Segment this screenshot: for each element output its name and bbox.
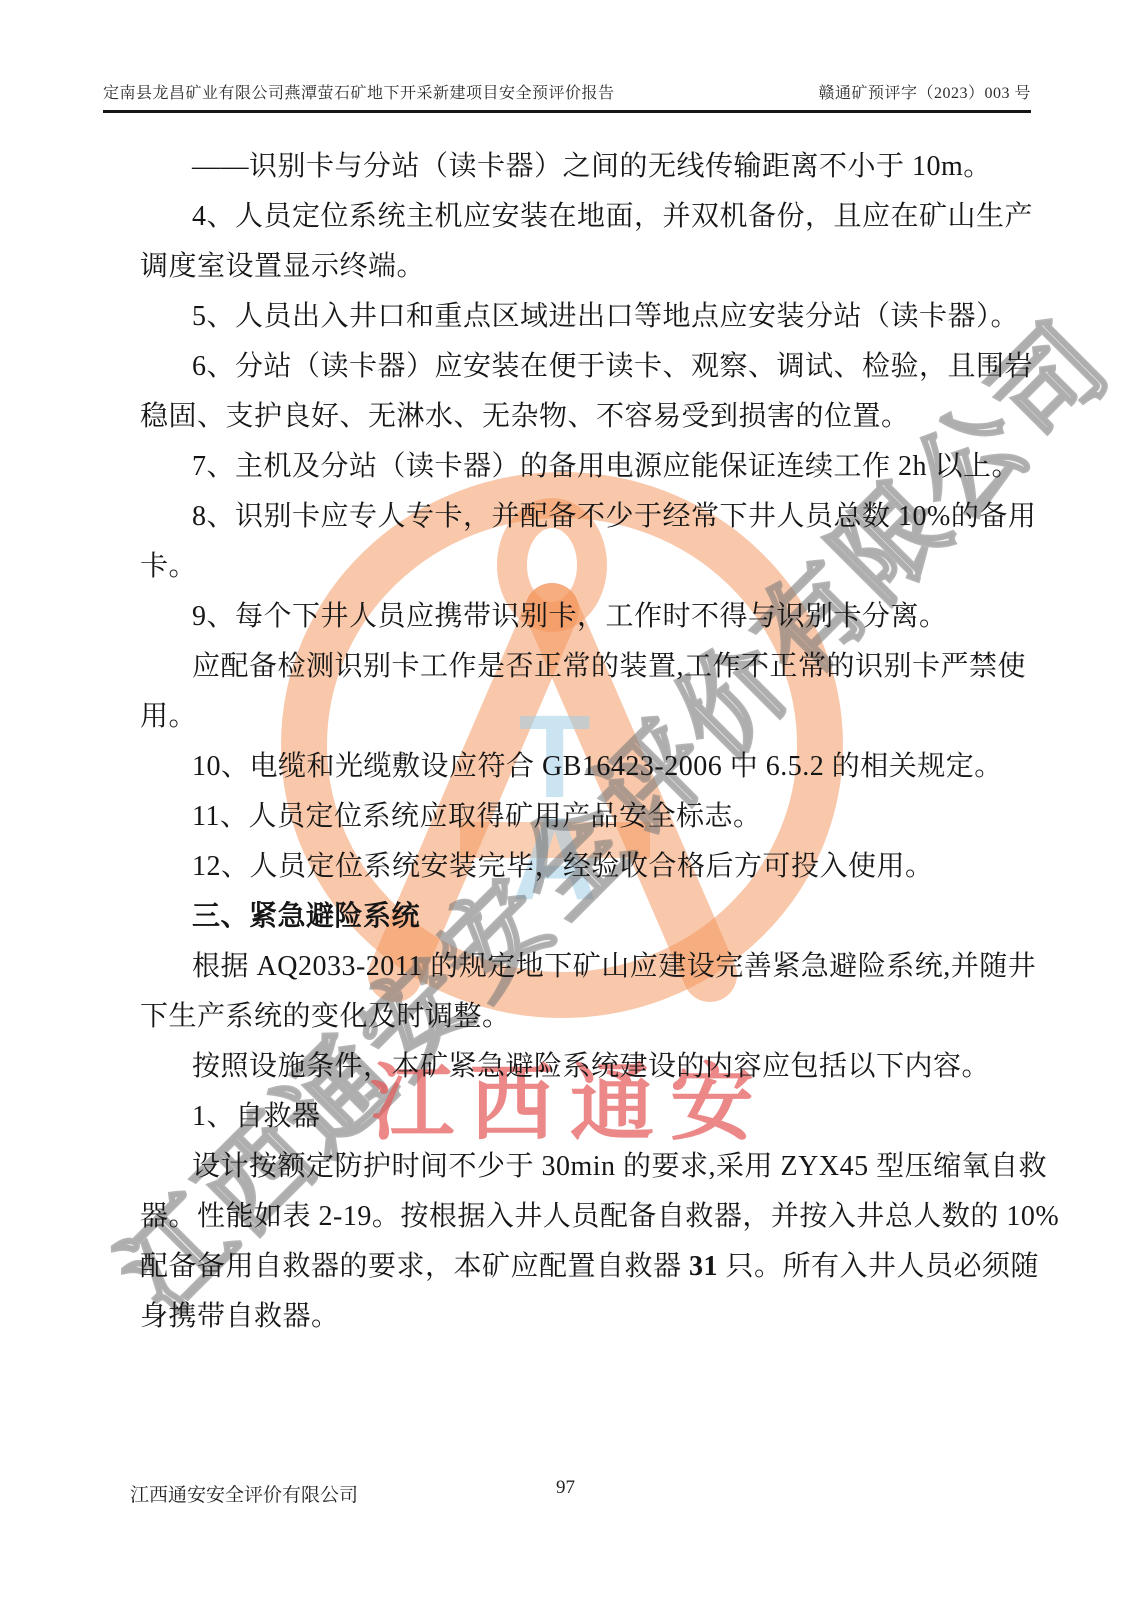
body-line: 4、人员定位系统主机应安装在地面，并双机备份，且应在矿山生产 — [140, 192, 1020, 242]
body-line: 稳固、支护良好、无淋水、无杂物、不容易受到损害的位置。 — [140, 392, 1020, 442]
body-line: 6、分站（读卡器）应安装在便于读卡、观察、调试、检验，且围岩 — [140, 342, 1020, 392]
body-line: 卡。 — [140, 542, 1020, 592]
body-line-bold-number: 31 — [689, 1251, 718, 1282]
body-line: 7、主机及分站（读卡器）的备用电源应能保证连续工作 2h 以上。 — [140, 442, 1020, 492]
header-doc-title: 定南县龙昌矿业有限公司燕潭萤石矿地下开采新建项目安全预评价报告 — [103, 80, 615, 103]
body-line: ——识别卡与分站（读卡器）之间的无线传输距离不小于 10m。 — [140, 142, 1020, 192]
header-doc-number: 赣通矿预评字（2023）003 号 — [818, 80, 1031, 103]
body-line: 身携带自救器。 — [140, 1292, 1020, 1342]
body-line-segment: 配备备用自救器的要求，本矿应配置自救器 — [140, 1251, 689, 1282]
body-line: 11、人员定位系统应取得矿用产品安全标志。 — [140, 792, 1020, 842]
footer-company-name: 江西通安安全评价有限公司 — [130, 1480, 358, 1507]
page-header: 定南县龙昌矿业有限公司燕潭萤石矿地下开采新建项目安全预评价报告 赣通矿预评字（2… — [103, 80, 1031, 113]
body-line: 配备备用自救器的要求，本矿应配置自救器 31 只。所有入井人员必须随 — [140, 1242, 1020, 1292]
body-line: 器。性能如表 2-19。按根据入井人员配备自救器，并按入井总人数的 10% — [140, 1192, 1020, 1242]
body-line: 按照设施条件，本矿紧急避险系统建设的内容应包括以下内容。 — [140, 1042, 1020, 1092]
list-item-heading: 1、自救器 — [140, 1092, 1020, 1142]
body-line: 调度室设置显示终端。 — [140, 242, 1020, 292]
body-line: 应配备检测识别卡工作是否正常的装置,工作不正常的识别卡严禁使 — [140, 642, 1020, 692]
body-line: 8、识别卡应专人专卡，并配备不少于经常下井人员总数 10%的备用 — [140, 492, 1020, 542]
body-line: 12、人员定位系统安装完毕，经验收合格后方可投入使用。 — [140, 842, 1020, 892]
body-line: 用。 — [140, 692, 1020, 742]
document-page: T A 江西通安安全评价有限公司 江西通安 定南县龙昌矿业有限公司燕潭萤石矿地下… — [0, 0, 1131, 1600]
body-line: 设计按额定防护时间不少于 30min 的要求,采用 ZYX45 型压缩氧自救 — [140, 1142, 1020, 1192]
body-line: 下生产系统的变化及时调整。 — [140, 992, 1020, 1042]
body-line: 9、每个下井人员应携带识别卡，工作时不得与识别卡分离。 — [140, 592, 1020, 642]
section-heading: 三、紧急避险系统 — [140, 892, 1020, 942]
body-line-segment: 只。所有入井人员必须随 — [718, 1251, 1039, 1282]
document-body: ——识别卡与分站（读卡器）之间的无线传输距离不小于 10m。 4、人员定位系统主… — [140, 142, 1020, 1342]
body-line: 根据 AQ2033-2011 的规定地下矿山应建设完善紧急避险系统,并随井 — [140, 942, 1020, 992]
body-line: 10、电缆和光缆敷设应符合 GB16423-2006 中 6.5.2 的相关规定… — [140, 742, 1020, 792]
body-line: 5、人员出入井口和重点区域进出口等地点应安装分站（读卡器）。 — [140, 292, 1020, 342]
